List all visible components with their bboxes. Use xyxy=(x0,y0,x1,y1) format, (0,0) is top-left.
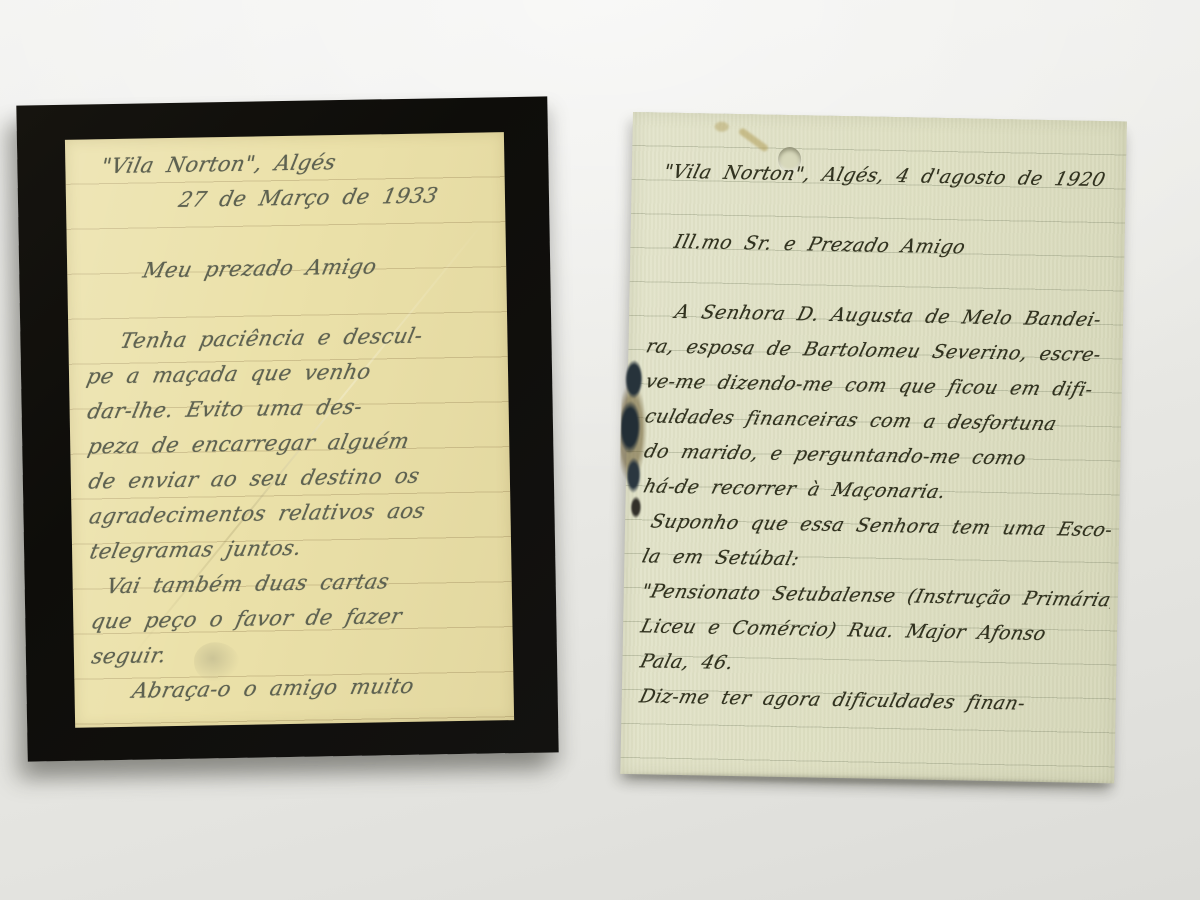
left-letter-mount: "Vila Norton", Algés27 de Março de 1933M… xyxy=(16,96,558,761)
right-letter-paper: "Vila Norton", Algés, 4 d'agosto de 1920… xyxy=(620,112,1127,783)
stain-streak xyxy=(738,127,770,153)
left-letter-text: "Vila Norton", Algés27 de Março de 1933M… xyxy=(79,142,506,721)
photo-backdrop: "Vila Norton", Algés27 de Março de 1933M… xyxy=(0,0,1200,900)
stain-dot xyxy=(715,122,729,132)
handwriting-line: Abraça-o o amigo muito xyxy=(89,667,506,709)
left-letter-paper: "Vila Norton", Algés27 de Março de 1933M… xyxy=(65,132,514,728)
right-letter-text: "Vila Norton", Algés, 4 d'agosto de 1920… xyxy=(634,154,1118,777)
